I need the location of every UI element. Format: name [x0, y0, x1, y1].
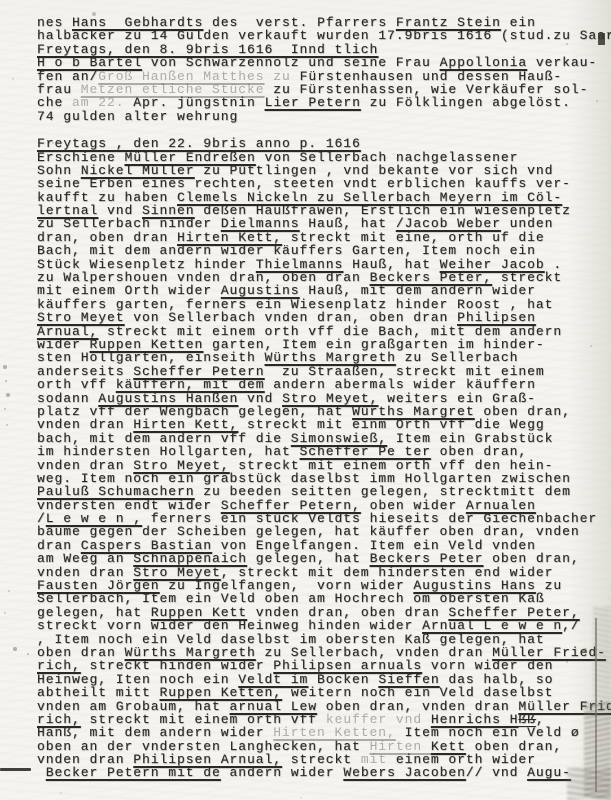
text-line: streckt vorn wider den Heinweg hinden wi…: [37, 619, 611, 632]
text-line: vnden dran Philipsen Arnual, streckt mit…: [37, 753, 611, 766]
paragraph-block: Freytags , den 22. 9bris anno p. 1616Ers…: [37, 137, 611, 780]
text-line: Stück Wiesenpletz hinder Thielmanns Hauß…: [37, 258, 611, 271]
text-line: vnden dran Hirten Kett, streckt mit einm…: [37, 418, 611, 431]
text-line: oben an der vndersten Langhecken, hat Hi…: [37, 740, 611, 753]
text-line: dran, oben dran Hirten Kett, streckt mit…: [37, 231, 611, 244]
text-line: fen an/Groß Hanßen Matthes zu Fürstenhau…: [37, 70, 611, 83]
text-line: rich, streckt hinden wider Philipsen arn…: [37, 659, 611, 672]
text-line: Freytags, den 8. 9bris 1616 Innd tlich: [37, 43, 611, 56]
text-line: wider Ruppen Ketten garten, Item ein gra…: [37, 338, 611, 351]
text-segment: andern wider: [221, 765, 344, 780]
paragraph-block: nes Hans Gebhardts des verst. Pfarrers F…: [37, 16, 611, 123]
text-line: bach, mit dem andern vff die Simonswieß,…: [37, 432, 611, 445]
text-line: Fausten Jörgen zu Ingelfangen, vorn wide…: [37, 579, 611, 592]
text-line: Bach, mit dem andern wider käuffers Gart…: [37, 244, 611, 257]
text-segment: zu Fölklingen abgelöst.: [361, 95, 571, 110]
text-line: anderseits Scheffer Petern zu Straaßen, …: [37, 365, 611, 378]
text-line: Freytags , den 22. 9bris anno p. 1616: [37, 137, 611, 150]
text-line: lertnal vnd Sinnen deßen Haußfrawen, Ers…: [37, 204, 611, 217]
text-line: vndersten endt wider Scheffer Petern, ob…: [37, 499, 611, 512]
scanned-document-page: nes Hans Gebhardts des verst. Pfarrers F…: [0, 0, 611, 800]
text-line: bäume gegen der Scheiben gelegen, hat kä…: [37, 525, 611, 538]
underlined-name: Lier Petern: [265, 95, 361, 110]
text-line: Arnual, streckt mit einem orth vff die B…: [37, 325, 611, 338]
text-line: Hanß, mit dem andern wider Hirten Ketten…: [37, 726, 611, 739]
document-text: nes Hans Gebhardts des verst. Pfarrers F…: [37, 16, 611, 780]
text-line: mit einem Orth wider Augustins Hauß, mit…: [37, 284, 611, 297]
text-line: vnden am Grobaum, hat arnual Lew oben dr…: [37, 700, 611, 713]
text-line: dran Caspers Bastian von Engelfangen. It…: [37, 539, 611, 552]
text-line: im hindersten Hollgarten, hat Scheffer P…: [37, 445, 611, 458]
text-line: Heinweg, Iten noch ein Veldt im Bocken S…: [37, 673, 611, 686]
text-segment: [37, 765, 46, 780]
text-segment: ,/: [562, 618, 580, 633]
text-line: orth vff käuffern, mit dem andern aberma…: [37, 378, 611, 391]
text-line: abtheilt mitt Ruppen Ketten, weitern noc…: [37, 686, 611, 699]
text-line: rich, streckt mit einem orth vff keuffer…: [37, 713, 611, 726]
underlined-name: Webers Jacoben: [343, 765, 466, 780]
text-line: Erschiene Müller Endreßen von Sellerbach…: [37, 151, 611, 164]
text-line: kaufft zu haben Clemels Nickeln zu Selle…: [37, 191, 611, 204]
text-line: am Weeg an Schnappenaich gelegen, hat Be…: [37, 552, 611, 565]
text-line: frau Metzen etliche Stücke zu Fürstenhas…: [37, 83, 611, 96]
scan-speckles: [0, 0, 2, 2]
margin-dash-mark: [0, 768, 31, 771]
text-line: Sellerbach, Item ein Veld oben am Hochre…: [37, 592, 611, 605]
text-line: che am 22. Apr. jüngstnin Lier Petern zu…: [37, 96, 611, 109]
text-line: weg. Item noch ein grabstück daselbst im…: [37, 472, 611, 485]
underlined-name: Becker Petern mit de: [46, 765, 221, 780]
text-segment: // vnd: [466, 765, 527, 780]
text-line: sten Hollgarten, einseith Würths Margret…: [37, 351, 611, 364]
text-line: zu Sellerbach ninder Dielmanns Hauß, hat…: [37, 217, 611, 230]
text-line: seine Erben eines rechten, steeten vndt …: [37, 177, 611, 190]
text-line: käuffers garten, ferners ein Wiesenplatz…: [37, 298, 611, 311]
text-line: /L e w e n , ferners ein stück Veldts hi…: [37, 512, 611, 525]
text-line: sodann Augustins Hanßen vnd Stro Meyet, …: [37, 392, 611, 405]
text-line: Stro Meyet von Sellerbach vnden dran, ob…: [37, 311, 611, 324]
text-line: vnden dran Stro Meyet, streckt mit dem h…: [37, 566, 611, 579]
text-line: Sohn Nickel Müller zu Püttlingen , vnd b…: [37, 164, 611, 177]
text-line: gelegen, hat Ruppen Kett vnden dran, obe…: [37, 606, 611, 619]
text-segment: 74 gulden alter wehrung: [37, 109, 238, 124]
text-line: platz vff der Wengbach gelegen, hat Würt…: [37, 405, 611, 418]
text-line: nes Hans Gebhardts des verst. Pfarrers F…: [37, 16, 611, 29]
underlined-name: Augu-: [527, 765, 571, 780]
text-line: , Item noch ein Veld daselbst im oberste…: [37, 633, 611, 646]
text-line: vnden dran Stro Meyet, streckt mit einem…: [37, 459, 611, 472]
text-line: 74 gulden alter wehrung: [37, 110, 611, 123]
text-line: zu Walpershouen vnden dran, oben dran Be…: [37, 271, 611, 284]
text-line: H o b Bartel von Schwarzennolz und seine…: [37, 56, 611, 69]
text-line: Pauluß Schumachern zu beeden seitten gel…: [37, 485, 611, 498]
text-line: Becker Petern mit de andern wider Webers…: [37, 766, 611, 779]
text-line: halbacker zu 14 Gulden verkauft wurden 1…: [37, 29, 611, 42]
text-line: oben dran Würths Margreth zu Sellerbach,…: [37, 646, 611, 659]
